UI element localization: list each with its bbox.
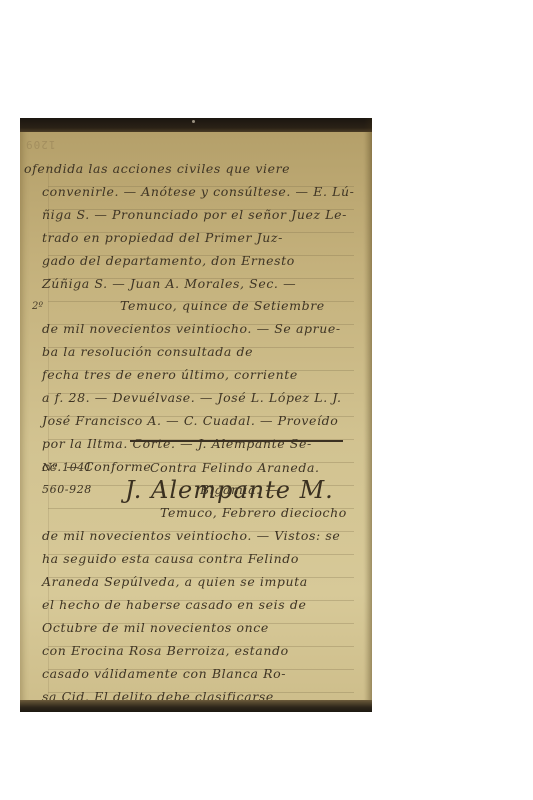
text-line: Temuco, Febrero dieciocho [160, 505, 347, 521]
text-line: con Erocina Rosa Berroiza, estando [42, 643, 289, 659]
case-reference: 560-928 [42, 482, 92, 498]
text-line: por la Iltma. Corte. — J. Alempante Se- [42, 436, 312, 452]
text-line: fecha tres de enero último, corriente [42, 367, 298, 383]
page-top-edge [20, 118, 372, 132]
text-line: el hecho de haberse casado en seis de [42, 597, 306, 613]
text-line: de mil novecientos veintiocho. — Vistos:… [42, 528, 340, 544]
text-line: Zúñiga S. — Juan A. Morales, Sec. — [42, 276, 296, 292]
text-line: Temuco, quince de Setiembre [120, 298, 325, 314]
page-stamp-number: 1209 [25, 138, 56, 151]
text-line: ñiga S. — Pronunciado por el señor Juez … [42, 207, 347, 223]
text-line: Araneda Sepúlveda, a quien se imputa [42, 574, 308, 590]
page-edge-shadow [364, 118, 372, 712]
text-line: Octubre de mil novecientos once [42, 620, 269, 636]
text-line: José Francisco A. — C. Cuadal. — Proveíd… [42, 413, 338, 429]
text-line: casado válidamente con Blanca Ro- [42, 666, 286, 682]
case-subject: Bigamia. — [200, 482, 278, 498]
text-line: convenirle. — Anótese y consúltese. — E.… [42, 184, 354, 200]
text-line: ba la resolución consultada de [42, 344, 253, 360]
page-bottom-edge [20, 700, 372, 712]
text-line: ofendida las acciones civiles que viere [24, 161, 290, 177]
margin-note: 2º [32, 301, 43, 312]
text-line: a f. 28. — Devuélvase. — José L. López L… [42, 390, 342, 406]
ledger-page: 1209 ofendida las acciones civiles que v… [20, 118, 372, 712]
text-line: ha seguido esta causa contra Felindo [42, 551, 299, 567]
binding-dot [192, 120, 195, 123]
case-number: Nº 1041 [42, 460, 93, 476]
text-line: de mil novecientos veintiocho. — Se apru… [42, 321, 341, 337]
case-title: Contra Felindo Araneda. [150, 460, 320, 476]
signature-underline [130, 440, 343, 442]
text-line: trado en propiedad del Primer Juz- [42, 230, 283, 246]
text-line: gado del departamento, don Ernesto [42, 253, 295, 269]
